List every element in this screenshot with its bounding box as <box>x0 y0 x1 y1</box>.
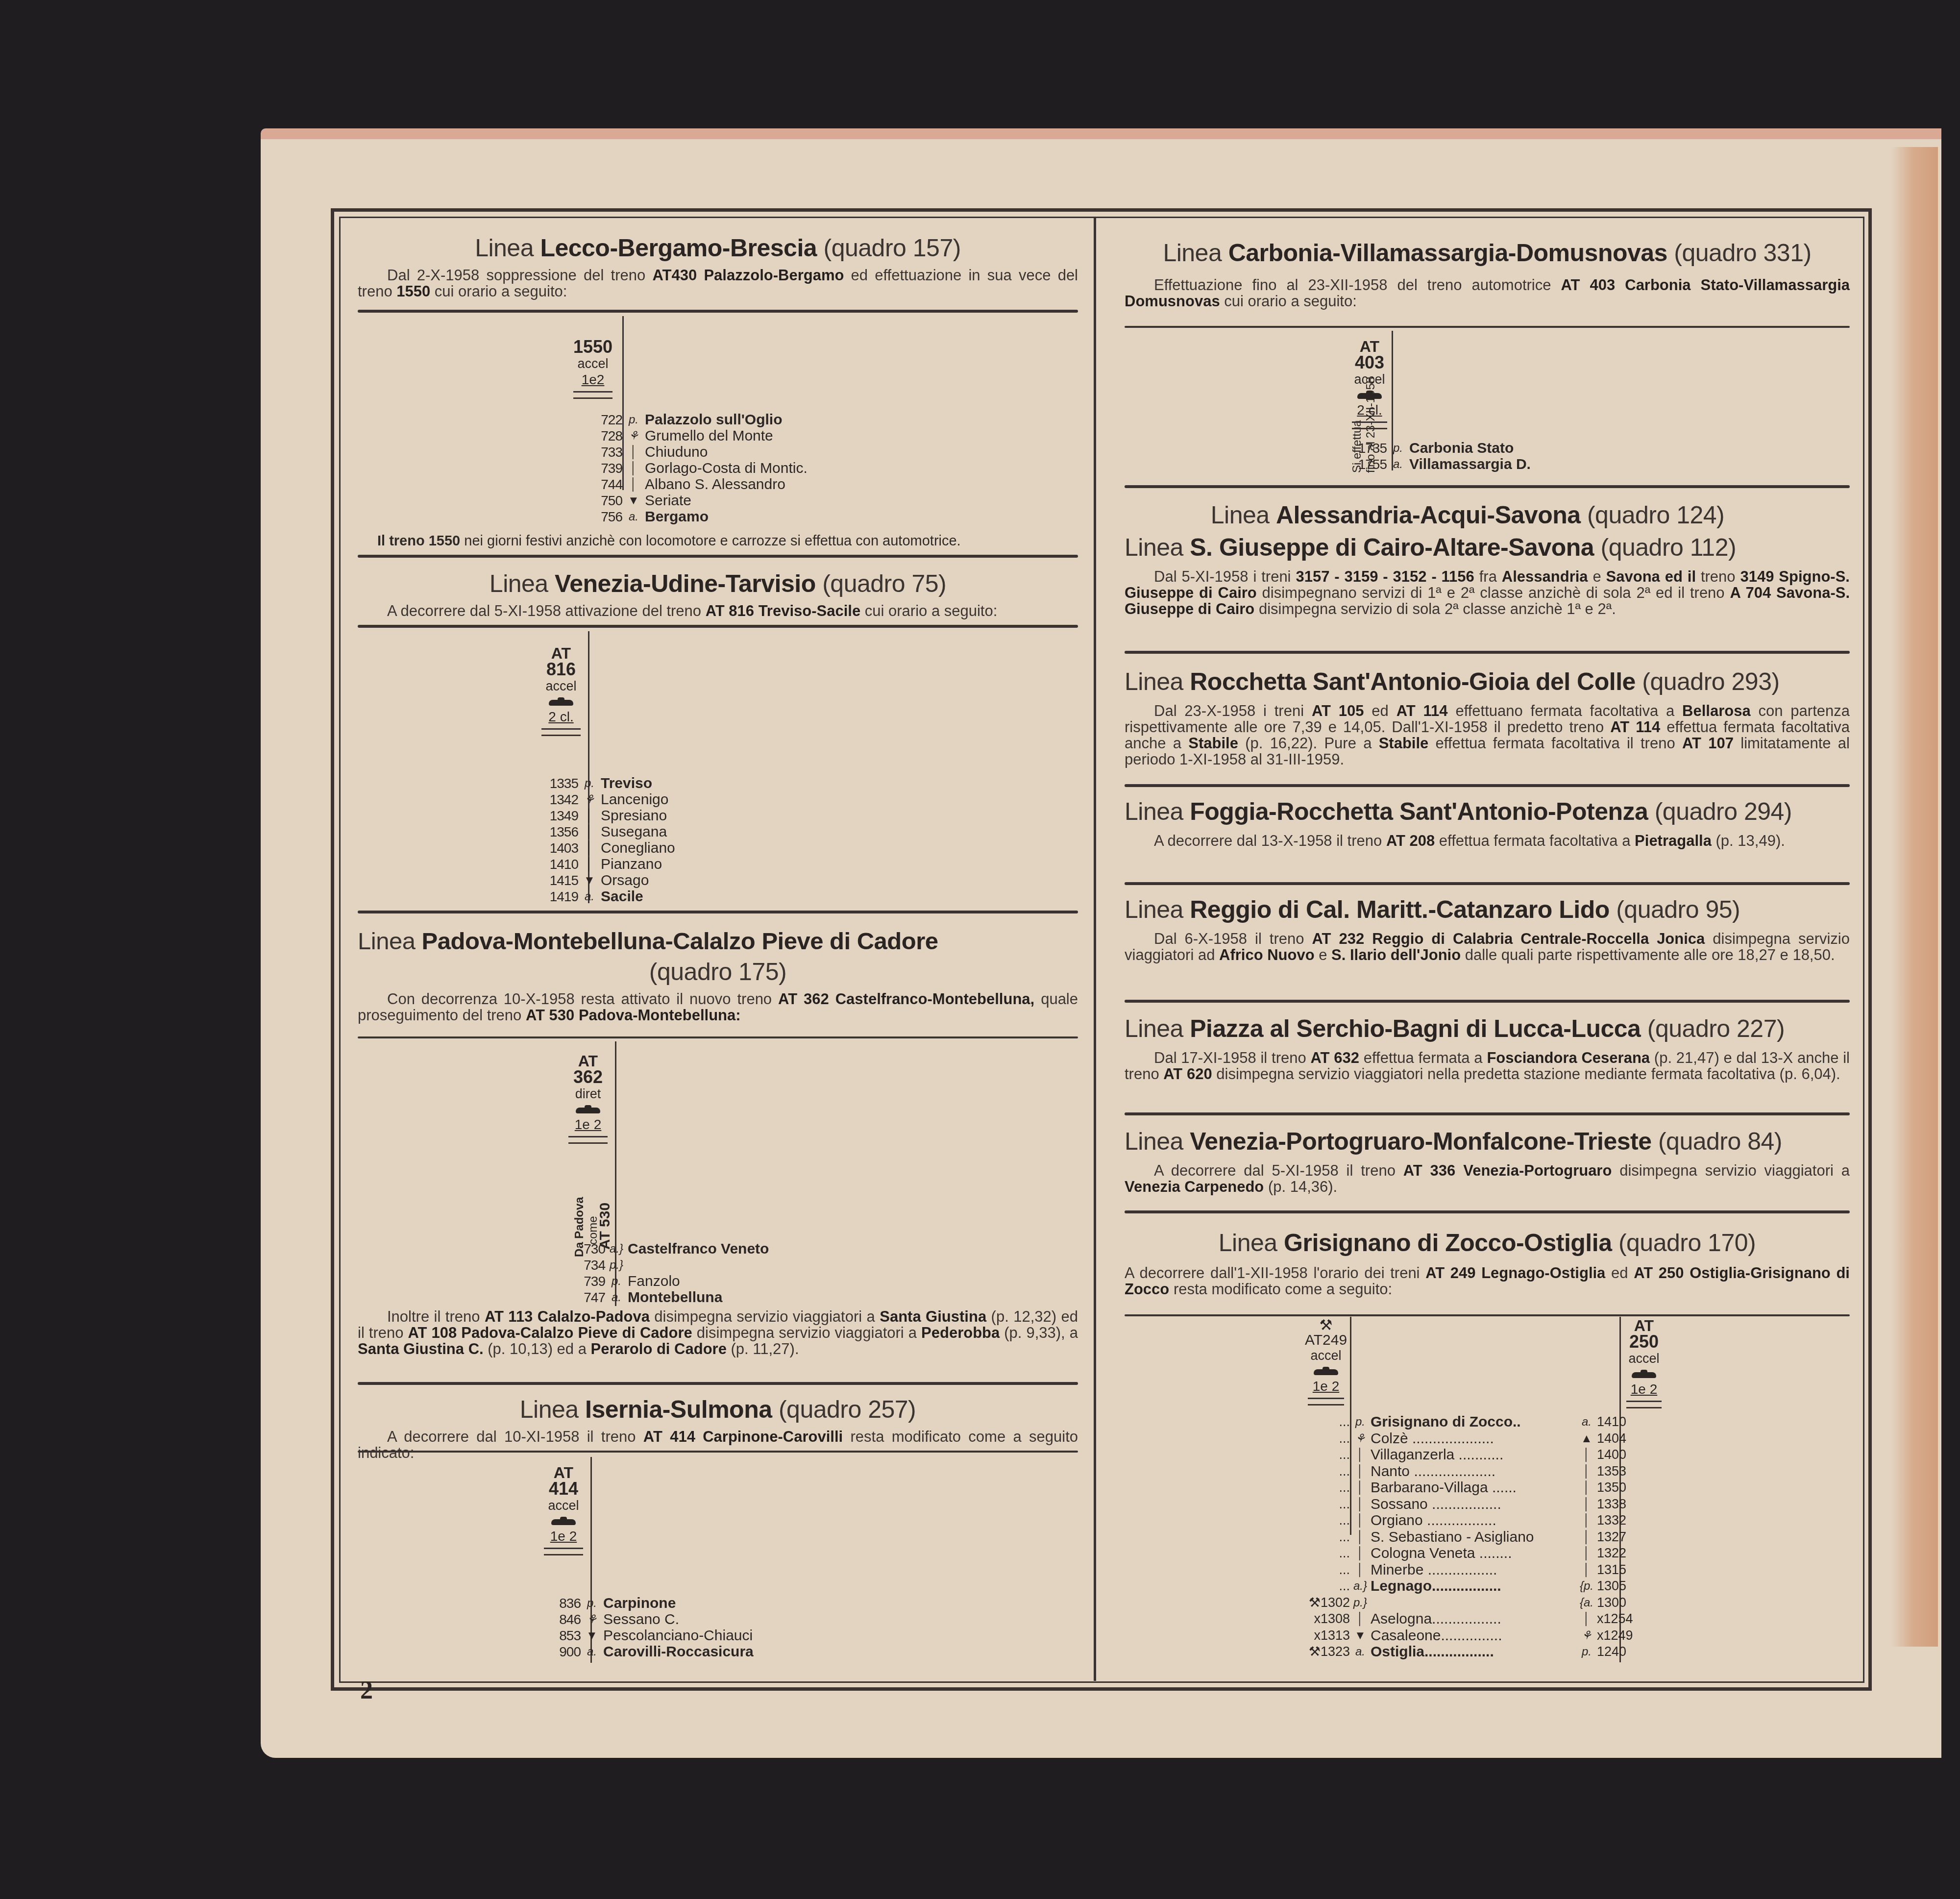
train-header: AT 403 accel 2 cl. <box>1347 339 1392 429</box>
double-rule <box>568 1136 608 1144</box>
notice-title: Linea Lecco-Bergamo-Brescia (quadro 157) <box>358 233 1078 263</box>
railcar-icon <box>548 697 574 708</box>
stop-mark-left: ⚘ <box>1350 1430 1371 1447</box>
stop-mark-right: a. <box>1576 1414 1597 1430</box>
time-at250: 1300 <box>1597 1595 1641 1611</box>
notice-foggia-rocchetta-potenza: Linea Foggia-Rocchetta Sant'Antonio-Pote… <box>1125 796 1850 849</box>
time-at250: 1327 <box>1597 1529 1641 1546</box>
timetable-row: 1410│Pianzano <box>539 856 882 872</box>
notice-title: Linea Reggio di Cal. Maritt.-Catanzaro L… <box>1125 894 1850 925</box>
notice-text: Inoltre il treno AT 113 Calalzo-Padova d… <box>358 1308 1078 1357</box>
departure-time: 734 <box>566 1257 605 1273</box>
station-name: Orsago <box>601 872 882 888</box>
section-rule <box>358 1451 1078 1453</box>
double-rule <box>573 391 612 399</box>
stop-mark: │ <box>578 824 601 840</box>
station-name: Sacile <box>601 888 882 905</box>
station-name: Pianzano <box>601 856 882 872</box>
footnote: Il treno 1550 nei giorni festivi anzichè… <box>377 533 961 549</box>
timetable-row: 744│Albano S. Alessandro <box>583 476 926 493</box>
departure-time: 756 <box>583 509 622 525</box>
stop-mark-left: │ <box>1350 1562 1371 1578</box>
timetable-rows: 1335p.Treviso1342⚘Lancenigo1349│Spresian… <box>539 775 882 905</box>
departure-time: 1415 <box>539 872 578 888</box>
notice-text: A decorrere dal 5-XI-1958 il treno AT 33… <box>1125 1162 1850 1195</box>
station-name: Treviso <box>601 775 882 791</box>
timetable-row: 730a.}Castelfranco Veneto <box>566 1241 909 1257</box>
timetable-row: 836p.Carpinone <box>541 1595 884 1611</box>
departure-time: 1335 <box>539 775 578 791</box>
stop-mark-right: │ <box>1576 1463 1597 1480</box>
stop-mark-right: │ <box>1576 1496 1597 1513</box>
railcar-icon <box>1313 1366 1339 1377</box>
departure-time: 722 <box>583 412 622 428</box>
stop-mark: ▼ <box>581 1628 603 1644</box>
section-rule <box>1125 784 1850 787</box>
time-at250: 1240 <box>1597 1644 1641 1660</box>
station-name: Gorlago-Costa di Montic. <box>645 460 926 476</box>
departure-time: 1410 <box>539 856 578 872</box>
section-rule <box>1125 1000 1850 1003</box>
departure-time: 846 <box>541 1611 581 1628</box>
timetable-row: 739│Gorlago-Costa di Montic. <box>583 460 926 476</box>
notice-lecco-bergamo-brescia: Linea Lecco-Bergamo-Brescia (quadro 157)… <box>358 233 1078 299</box>
railcar-icon <box>1631 1369 1657 1380</box>
hammers-icon: ⚒ <box>1303 1318 1348 1333</box>
station-name: Chiuduno <box>645 444 926 460</box>
section-rule <box>358 911 1078 913</box>
time-at250: 1400 <box>1597 1447 1641 1463</box>
station-name: Susegana <box>601 824 882 840</box>
train-header: 1550 accel 1e2 <box>568 338 617 399</box>
departure-time: 747 <box>566 1289 605 1306</box>
section-rule <box>1125 1210 1850 1213</box>
section-rule <box>1125 882 1850 885</box>
timetable-rows: 836p.Carpinone846⚘Sessano C.853▼Pescolan… <box>541 1595 884 1660</box>
timetable-row: ...⚘Colzè ....................▲1404 <box>1306 1430 1641 1447</box>
time-at249: ... <box>1306 1463 1350 1480</box>
notice-padova-note: Inoltre il treno AT 113 Calalzo-Padova d… <box>358 1308 1078 1357</box>
timetable-row: 1342⚘Lancenigo <box>539 791 882 808</box>
notice-title: Linea Alessandria-Acqui-Savona (quadro 1… <box>1125 500 1850 530</box>
timetable-row: ...p.Grisignano di Zocco..a.1410 <box>1306 1414 1641 1430</box>
stop-mark: ▼ <box>622 493 645 509</box>
departure-time: 1349 <box>539 808 578 824</box>
station-name: Seriate <box>645 493 926 509</box>
timetable-row: 722p.Palazzolo sull'Oglio <box>583 412 926 428</box>
timetable-row: ...│Sossano .................│1338 <box>1306 1496 1641 1513</box>
timetable-at249-at250: ⚒ AT249 accel 1e 2 AT 250 accel 1e 2 ...… <box>1125 1316 1850 1669</box>
notice-alessandria-acqui-savona: Linea Alessandria-Acqui-Savona (quadro 1… <box>1125 500 1850 617</box>
stop-mark-left: │ <box>1350 1496 1371 1513</box>
notice-text: Dal 6-X-1958 il treno AT 232 Reggio di C… <box>1125 931 1850 963</box>
timetable-row: 1349│Spresiano <box>539 808 882 824</box>
station-name: Carovilli-Roccasicura <box>603 1644 884 1660</box>
notice-title: Linea Venezia-Udine-Tarvisio (quadro 75) <box>358 568 1078 599</box>
timetable-row: 1415▼Orsago <box>539 872 882 888</box>
notice-title: Linea Piazza al Serchio-Bagni di Lucca-L… <box>1125 1013 1850 1044</box>
stop-mark: a. <box>605 1289 628 1306</box>
notice-piazza-al-serchio-lucca: Linea Piazza al Serchio-Bagni di Lucca-L… <box>1125 1013 1850 1082</box>
notice-venezia-portogruaro-trieste: Linea Venezia-Portogruaro-Monfalcone-Tri… <box>1125 1126 1850 1195</box>
section-rule <box>358 555 1078 558</box>
stop-mark: │ <box>578 840 601 856</box>
stop-mark: │ <box>622 476 645 493</box>
timetable-row: 756a.Bergamo <box>583 509 926 525</box>
timetable-row: 750▼Seriate <box>583 493 926 509</box>
stop-mark: p. <box>622 412 645 428</box>
station-name <box>628 1257 909 1273</box>
station-name: Montebelluna <box>628 1289 909 1306</box>
timetable-row: x1308│Aselogna.................│x1254 <box>1306 1611 1641 1628</box>
stop-mark-left: ▼ <box>1350 1628 1371 1644</box>
time-at250: 1404 <box>1597 1430 1641 1447</box>
station-name: Spresiano <box>601 808 882 824</box>
time-at249: ... <box>1306 1414 1350 1430</box>
stop-mark-left: p.} <box>1350 1595 1371 1611</box>
notice-title: Linea Grisignano di Zocco-Ostiglia (quad… <box>1125 1228 1850 1258</box>
stop-mark: ⚘ <box>578 791 601 808</box>
train-header: AT 414 accel 1e 2 <box>539 1465 588 1555</box>
stop-mark-left: │ <box>1350 1512 1371 1529</box>
departure-time: 1735 <box>1347 440 1387 456</box>
timetable-row: ⚒1302p.}{a.1300 <box>1306 1595 1641 1611</box>
notice-grisignano-ostiglia: Linea Grisignano di Zocco-Ostiglia (quad… <box>1125 1228 1850 1297</box>
notice-title: Linea Venezia-Portogruaro-Monfalcone-Tri… <box>1125 1126 1850 1157</box>
timetable-row: 900a.Carovilli-Roccasicura <box>541 1644 884 1660</box>
notice-title-quadro: (quadro 175) <box>358 957 1078 987</box>
station-name: Carpinone <box>603 1595 884 1611</box>
section-rule <box>1125 651 1850 654</box>
time-at250: 1315 <box>1597 1562 1641 1578</box>
departure-time: 900 <box>541 1644 581 1660</box>
page-number: 2 <box>360 1676 373 1705</box>
time-at249: ... <box>1306 1512 1350 1529</box>
timetable-row: 734p.} <box>566 1257 909 1273</box>
departure-time: 728 <box>583 428 622 444</box>
station-name: Colzè .................... <box>1371 1430 1576 1447</box>
station-name: Villaganzerla ........... <box>1371 1447 1576 1463</box>
time-at249: ... <box>1306 1496 1350 1513</box>
timetable-row: ...│Villaganzerla ...........│1400 <box>1306 1447 1641 1463</box>
timetable-row: ⚒1323a.Ostiglia.................p.1240 <box>1306 1644 1641 1660</box>
station-name: Palazzolo sull'Oglio <box>645 412 926 428</box>
station-name: Orgiano ................. <box>1371 1512 1576 1529</box>
timetable-rows: 730a.}Castelfranco Veneto734p.}739p.Fanz… <box>566 1241 909 1306</box>
timetable-1550: 1550 accel 1e2 722p.Palazzolo sull'Oglio… <box>358 311 1078 493</box>
stop-mark: │ <box>622 444 645 460</box>
section-rule <box>358 1382 1078 1385</box>
stop-mark: p.} <box>605 1257 628 1273</box>
paper-stain <box>1891 147 1938 1647</box>
notice-text: Con decorrenza 10-X-1958 resta attivato … <box>358 991 1078 1023</box>
timetable-row: 1356│Susegana <box>539 824 882 840</box>
notice-rocchetta-gioia-del-colle: Linea Rocchetta Sant'Antonio-Gioia del C… <box>1125 666 1850 767</box>
railcar-icon <box>575 1105 601 1115</box>
stop-mark-right: {p. <box>1576 1578 1597 1595</box>
timetable-row: 1755a.Villamassargia D. <box>1347 456 1690 472</box>
train-header: AT 362 diret 1e 2 <box>563 1054 612 1144</box>
timetable-row: ...│Orgiano .................│1332 <box>1306 1512 1641 1529</box>
station-name: Ostiglia................. <box>1371 1644 1576 1660</box>
stop-mark: │ <box>578 808 601 824</box>
train-header-at249: ⚒ AT249 accel 1e 2 <box>1303 1318 1348 1406</box>
time-at250: 1305 <box>1597 1578 1641 1595</box>
stop-mark-right: │ <box>1576 1562 1597 1578</box>
notice-text: A decorrere dal 13-X-1958 il treno AT 20… <box>1125 833 1850 849</box>
time-at250: 1338 <box>1597 1496 1641 1513</box>
time-at249: ... <box>1306 1562 1350 1578</box>
stop-mark-left: │ <box>1350 1447 1371 1463</box>
double-rule <box>1308 1398 1344 1406</box>
time-at250: 1353 <box>1597 1463 1641 1480</box>
stop-mark: a. <box>1387 456 1409 472</box>
notice-venezia-udine-tarvisio: Linea Venezia-Udine-Tarvisio (quadro 75)… <box>358 568 1078 619</box>
notice-title-2: Linea S. Giuseppe di Cairo-Altare-Savona… <box>1125 532 1850 563</box>
station-name: Bergamo <box>645 509 926 525</box>
departure-time: 836 <box>541 1595 581 1611</box>
timetable-row: ...│Nanto ....................│1353 <box>1306 1463 1641 1480</box>
timetable-row: 1335p.Treviso <box>539 775 882 791</box>
timetable-at414: AT 414 accel 1e 2 836p.Carpinone846⚘Sess… <box>358 1453 1078 1664</box>
station-name: Albano S. Alessandro <box>645 476 926 493</box>
timetable-row: ...│Minerbe .................│1315 <box>1306 1562 1641 1578</box>
double-rule <box>544 1548 583 1555</box>
section-rule <box>1125 485 1850 488</box>
stop-mark: ⚘ <box>622 428 645 444</box>
stop-mark: ▼ <box>578 872 601 888</box>
double-rule <box>1352 421 1387 429</box>
double-rule <box>1626 1401 1662 1408</box>
station-name: Carbonia Stato <box>1409 440 1690 456</box>
departure-time: 739 <box>566 1273 605 1289</box>
station-name: Pescolanciano-Chiauci <box>603 1628 884 1644</box>
timetable-row: ...a.}Legnago.................{p.1305 <box>1306 1578 1641 1595</box>
station-name: Barbarano-Villaga ...... <box>1371 1480 1576 1496</box>
timetable-row: 846⚘Sessano C. <box>541 1611 884 1628</box>
time-at250: 1350 <box>1597 1480 1641 1496</box>
departure-time: 730 <box>566 1241 605 1257</box>
train-header-at250: AT 250 accel 1e 2 <box>1622 1318 1666 1408</box>
station-name: Lancenigo <box>601 791 882 808</box>
station-name: Fanzolo <box>628 1273 909 1289</box>
timetable-rows: ...p.Grisignano di Zocco..a.1410...⚘Colz… <box>1306 1414 1641 1660</box>
timetable-row: 1735p.Carbonia Stato <box>1347 440 1690 456</box>
time-at249: ... <box>1306 1545 1350 1562</box>
notice-text: Dal 5-XI-1958 i treni 3157 - 3159 - 3152… <box>1125 568 1850 617</box>
station-name: Sossano ................. <box>1371 1496 1576 1513</box>
departure-time: 744 <box>583 476 622 493</box>
timetable-row: 739p.Fanzolo <box>566 1273 909 1289</box>
departure-time: 1419 <box>539 888 578 905</box>
notice-title: Linea Isernia-Sulmona (quadro 257) <box>358 1394 1078 1425</box>
time-at249: ⚒1323 <box>1306 1644 1350 1660</box>
stop-mark-right: {a. <box>1576 1595 1597 1611</box>
section-rule <box>1125 326 1850 328</box>
station-name: Aselogna................. <box>1371 1611 1576 1628</box>
departure-time: 1356 <box>539 824 578 840</box>
timetable-row: ...│Barbarano-Villaga ......│1350 <box>1306 1480 1641 1496</box>
section-rule <box>358 1036 1078 1038</box>
stop-mark: a. <box>622 509 645 525</box>
timetable-at816: AT 816 accel 2 cl. 1335p.Treviso1342⚘Lan… <box>358 627 1078 912</box>
stop-mark-left: │ <box>1350 1545 1371 1562</box>
time-at249: ... <box>1306 1529 1350 1546</box>
stop-mark: │ <box>622 460 645 476</box>
notice-padova-montebelluna-calalzo: Linea Padova-Montebelluna-Calalzo Pieve … <box>358 926 1078 1023</box>
stop-mark: p. <box>1387 440 1409 456</box>
station-name: Cologna Veneta ........ <box>1371 1545 1576 1562</box>
notice-text: Dal 17-XI-1958 il treno AT 632 effettua … <box>1125 1050 1850 1082</box>
time-at249: x1308 <box>1306 1611 1350 1628</box>
stop-mark-left: │ <box>1350 1480 1371 1496</box>
notice-text: Dal 2-X-1958 soppressione del treno AT43… <box>358 267 1078 299</box>
departure-time: 1403 <box>539 840 578 856</box>
timetable-row: ...│Cologna Veneta ........│1322 <box>1306 1545 1641 1562</box>
notice-title: Linea Rocchetta Sant'Antonio-Gioia del C… <box>1125 666 1850 697</box>
time-at250: 1410 <box>1597 1414 1641 1430</box>
timetable-row: 733│Chiuduno <box>583 444 926 460</box>
notice-carbonia-villamassargia: Linea Carbonia-Villamassargia-Domusnovas… <box>1125 238 1850 309</box>
stop-mark-left: │ <box>1350 1529 1371 1546</box>
stop-mark-right: │ <box>1576 1611 1597 1628</box>
timetable-row: ...│S. Sebastiano - Asigliano│1327 <box>1306 1529 1641 1546</box>
stop-mark-left: │ <box>1350 1463 1371 1480</box>
stop-mark-right: │ <box>1576 1529 1597 1546</box>
stop-mark-right: ⚘ <box>1576 1628 1597 1644</box>
stop-mark-left: a.} <box>1350 1578 1371 1595</box>
notice-text: Effettuazione fino al 23-XII-1958 del tr… <box>1125 277 1850 309</box>
railcar-icon <box>550 1516 577 1527</box>
stop-mark: p. <box>605 1273 628 1289</box>
departure-time: 853 <box>541 1628 581 1644</box>
stop-mark-right: p. <box>1576 1644 1597 1660</box>
stop-mark: ⚘ <box>581 1611 603 1628</box>
stop-mark: a.} <box>605 1241 628 1257</box>
time-at249: ⚒1302 <box>1306 1595 1350 1611</box>
time-at250: 1332 <box>1597 1512 1641 1529</box>
timetable-row: 1403│Conegliano <box>539 840 882 856</box>
timetable-rows: 1735p.Carbonia Stato1755a.Villamassargia… <box>1347 440 1690 472</box>
station-name: Conegliano <box>601 840 882 856</box>
railcar-icon <box>1356 390 1383 401</box>
notice-text: A decorrere dal 5-XI-1958 attivazione de… <box>358 603 1078 619</box>
timetable-row: 728⚘Grumello del Monte <box>583 428 926 444</box>
departure-time: 739 <box>583 460 622 476</box>
station-name: S. Sebastiano - Asigliano <box>1371 1529 1576 1546</box>
timetable-row: 1419a.Sacile <box>539 888 882 905</box>
notice-text: Dal 23-X-1958 i treni AT 105 ed AT 114 e… <box>1125 703 1850 767</box>
stop-mark: p. <box>578 775 601 791</box>
stop-mark: │ <box>578 856 601 872</box>
stop-mark-left: a. <box>1350 1644 1371 1660</box>
station-name: Grisignano di Zocco.. <box>1371 1414 1576 1430</box>
station-name: Sessano C. <box>603 1611 884 1628</box>
notice-text: A decorrere dall'1-XII-1958 l'orario dei… <box>1125 1265 1850 1297</box>
time-at249: ... <box>1306 1430 1350 1447</box>
station-name: Castelfranco Veneto <box>628 1241 909 1257</box>
stop-mark-left: │ <box>1350 1611 1371 1628</box>
notice-title: Linea Padova-Montebelluna-Calalzo Pieve … <box>358 926 1078 957</box>
timetable-rows: 722p.Palazzolo sull'Oglio728⚘Grumello de… <box>583 412 926 525</box>
timetable-row: x1313▼Casaleone...............⚘x1249 <box>1306 1628 1641 1644</box>
stop-mark-right: │ <box>1576 1512 1597 1529</box>
station-name: Minerbe ................. <box>1371 1562 1576 1578</box>
notice-reggio-catanzaro-lido: Linea Reggio di Cal. Maritt.-Catanzaro L… <box>1125 894 1850 963</box>
station-name: Nanto .................... <box>1371 1463 1576 1480</box>
time-at250: 1322 <box>1597 1545 1641 1562</box>
station-name: Casaleone............... <box>1371 1628 1576 1644</box>
train-header: AT 816 accel 2 cl. <box>537 646 586 736</box>
departure-time: 1342 <box>539 791 578 808</box>
time-at250: x1254 <box>1597 1611 1641 1628</box>
stop-mark: a. <box>578 888 601 905</box>
timetable-row: 853▼Pescolanciano-Chiauci <box>541 1628 884 1644</box>
timetable-at362: AT 362 diret 1e 2 Da Padova come AT 530 … <box>358 1039 1078 1313</box>
time-at249: ... <box>1306 1447 1350 1463</box>
time-at249: ... <box>1306 1578 1350 1595</box>
departure-time: 1755 <box>1347 456 1387 472</box>
stop-mark-right: │ <box>1576 1480 1597 1496</box>
timetable-at403: Si effettua fino al 23-XII-1958 AT 403 a… <box>1125 328 1850 475</box>
stop-mark-right: │ <box>1576 1447 1597 1463</box>
departure-time: 750 <box>583 493 622 509</box>
stop-mark: p. <box>581 1595 603 1611</box>
stop-mark-right: │ <box>1576 1545 1597 1562</box>
departure-time: 733 <box>583 444 622 460</box>
time-at249: x1313 <box>1306 1628 1350 1644</box>
time-at249: ... <box>1306 1480 1350 1496</box>
stop-mark-right: ▲ <box>1576 1430 1597 1447</box>
notice-title: Linea Carbonia-Villamassargia-Domusnovas… <box>1125 238 1850 268</box>
time-at250: x1249 <box>1597 1628 1641 1644</box>
notice-title: Linea Foggia-Rocchetta Sant'Antonio-Pote… <box>1125 796 1850 827</box>
column-divider <box>1094 218 1096 1681</box>
station-name: Legnago................. <box>1371 1578 1576 1595</box>
stop-mark: a. <box>581 1644 603 1660</box>
timetable-row: 747a.Montebelluna <box>566 1289 909 1306</box>
double-rule <box>541 728 581 736</box>
station-name: Villamassargia D. <box>1409 456 1690 472</box>
stop-mark-left: p. <box>1350 1414 1371 1430</box>
station-name: Grumello del Monte <box>645 428 926 444</box>
section-rule <box>1125 1112 1850 1115</box>
